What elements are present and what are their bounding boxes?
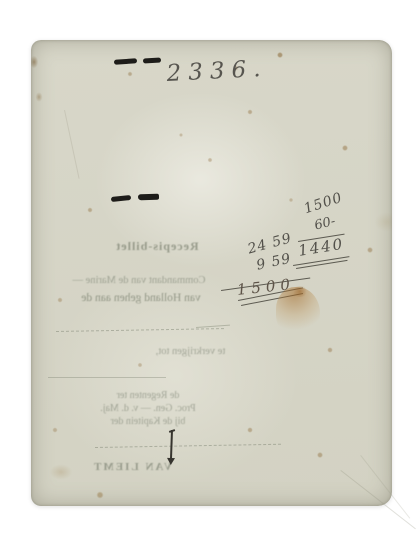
catalog-number: 2336. xyxy=(166,56,268,87)
bleed-signature-line: bij de Kapitein der xyxy=(94,416,202,427)
bleed-text-line: van Holland gehen aan de xyxy=(48,292,234,304)
crease-line xyxy=(64,110,80,179)
ink-dash-mark xyxy=(143,58,161,64)
photo-background: 2336. Recepis-billet Commandant van de M… xyxy=(0,0,416,555)
bleed-rule xyxy=(48,377,166,378)
bleed-text-line: Commandant van de Marine — xyxy=(50,275,228,286)
document-paper xyxy=(31,40,392,506)
bleed-signature-line: Proc. Gen. — v. d. Maj. xyxy=(87,403,209,414)
bleed-stamp: VAN LIEMT xyxy=(92,461,172,473)
crease-line xyxy=(360,455,410,519)
bleed-text-line: te verkrijgen tot, xyxy=(143,346,238,357)
ink-dash-mark xyxy=(138,194,159,201)
bleed-signature-line: de Regenten ter xyxy=(104,390,192,401)
arrowhead-icon xyxy=(167,458,175,465)
ink-stain xyxy=(292,286,308,297)
bleed-heading: Recepis-billet xyxy=(98,239,216,254)
